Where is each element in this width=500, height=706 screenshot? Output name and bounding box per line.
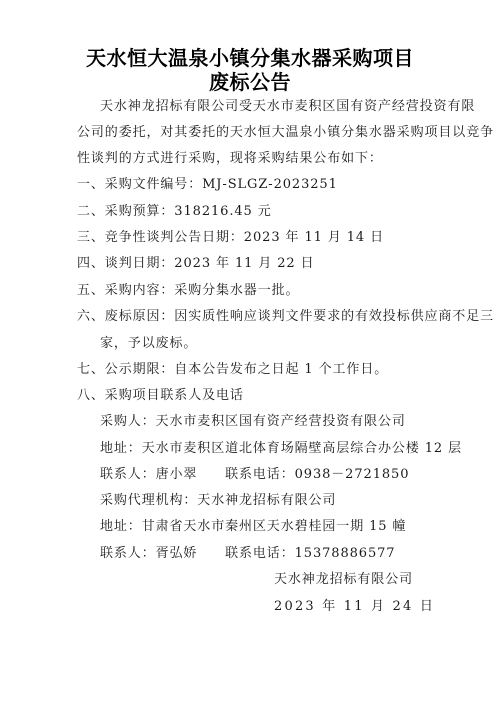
agency: 采购代理机构：天水神龙招标有限公司: [100, 492, 450, 510]
document-title: 天水恒大温泉小镇分集水器采购项目: [0, 45, 500, 71]
item-negotiation-date: 四、谈判日期：2023 年 11 月 22 日: [77, 255, 427, 273]
item-file-number: 一、采购文件编号：MJ-SLGZ-2023251: [77, 176, 427, 194]
intro-line-3: 性谈判的方式进行采购，现将采购结果公布如下：: [77, 150, 427, 168]
purchaser-contact: 联系人：唐小翠 联系电话：0938－2721850: [100, 466, 450, 484]
item-content: 五、采购内容：采购分集水器一批。: [77, 282, 427, 300]
document-subtitle: 废标公告: [0, 69, 500, 95]
item-budget: 二、采购预算：318216.45 元: [77, 203, 427, 221]
purchaser-address: 地址：天水市麦积区道北体育场隔壁高层综合办公楼 12 层: [100, 440, 450, 458]
agency-contact: 联系人：胥弘娇 联系电话：15378886577: [100, 545, 450, 563]
intro-line-2: 公司的委托，对其委托的天水恒大温泉小镇分集水器采购项目以竞争: [77, 124, 427, 142]
item-failure-reason-cont: 家，予以废标。: [100, 335, 450, 353]
item-publicity-period: 七、公示期限：自本公告发布之日起 1 个工作日。: [77, 361, 427, 379]
document-page: 天水恒大温泉小镇分集水器采购项目 废标公告 天水神龙招标有限公司受天水市麦积区国…: [0, 0, 500, 706]
signature-date: 2023 年 11 月 24 日: [274, 598, 500, 616]
agency-address: 地址：甘肃省天水市秦州区天水碧桂园一期 15 幢: [100, 518, 450, 536]
item-announcement-date: 三、竞争性谈判公告日期：2023 年 11 月 14 日: [77, 229, 427, 247]
signature-company: 天水神龙招标有限公司: [274, 571, 500, 589]
purchaser: 采购人：天水市麦积区国有资产经营投资有限公司: [100, 413, 450, 431]
intro-line-1: 天水神龙招标有限公司受天水市麦积区国有资产经营投资有限: [100, 98, 450, 116]
item-failure-reason: 六、废标原因：因实质性响应谈判文件要求的有效投标供应商不足三: [77, 308, 427, 326]
item-contacts-heading: 八、采购项目联系人及电话: [77, 387, 427, 405]
